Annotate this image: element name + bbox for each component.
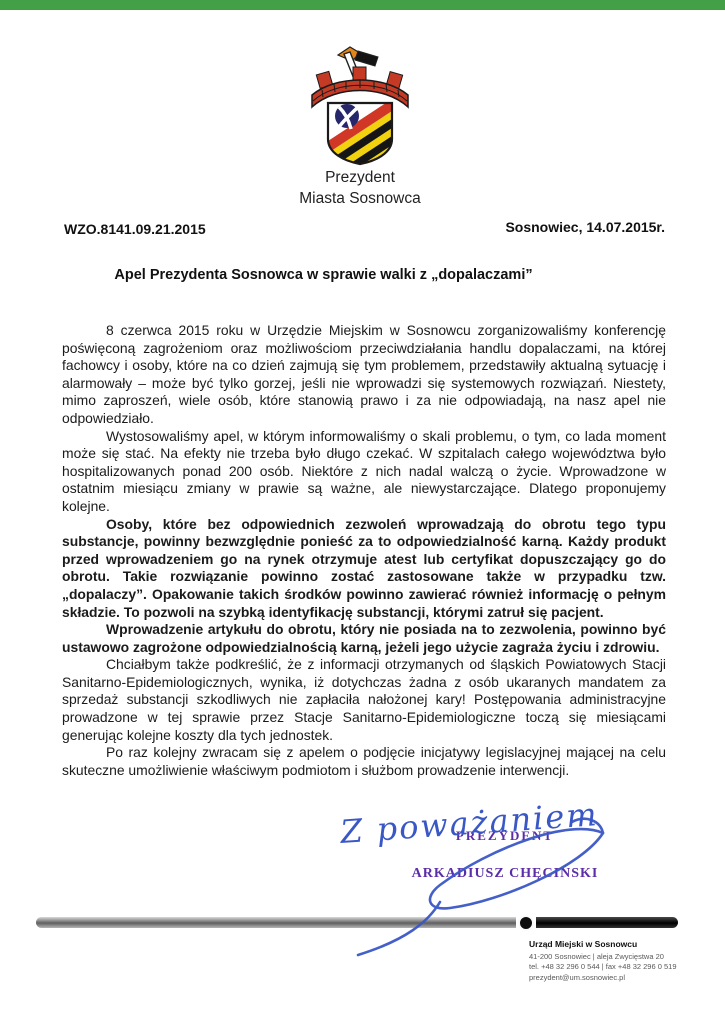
letter-title: Apel Prezydenta Sosnowca w sprawie walki… bbox=[22, 267, 625, 283]
sender-title: Prezydent bbox=[255, 167, 465, 188]
body-paragraph: 8 czerwca 2015 roku w Urzędzie Miejskim … bbox=[62, 322, 666, 428]
sender-city: Miasta Sosnowca bbox=[255, 188, 465, 209]
reference-number: WZO.8141.09.21.2015 bbox=[64, 221, 206, 237]
body-paragraph: Wprowadzenie artykułu do obrotu, który n… bbox=[62, 621, 666, 656]
shield-field bbox=[328, 99, 392, 168]
scanned-letter-page: Prezydent Miasta Sosnowca WZO.8141.09.21… bbox=[0, 0, 725, 1024]
signature-flourish bbox=[300, 790, 680, 1020]
brick-crown bbox=[312, 67, 408, 107]
sosnowiec-coat-of-arms bbox=[308, 44, 412, 168]
scan-edge-bar bbox=[0, 0, 725, 10]
body-paragraph: Wystosowaliśmy apel, w którym informowal… bbox=[62, 428, 666, 516]
sender-block: Prezydent Miasta Sosnowca bbox=[255, 167, 465, 209]
body-paragraph: Osoby, które bez odpowiednich zezwoleń w… bbox=[62, 516, 666, 622]
place-and-date: Sosnowiec, 14.07.2015r. bbox=[505, 219, 665, 235]
letter-body: 8 czerwca 2015 roku w Urzędzie Miejskim … bbox=[62, 322, 666, 779]
body-paragraph: Po raz kolejny zwracam się z apelem o po… bbox=[62, 744, 666, 779]
body-paragraph: Chciałbym także podkreślić, że z informa… bbox=[62, 656, 666, 744]
